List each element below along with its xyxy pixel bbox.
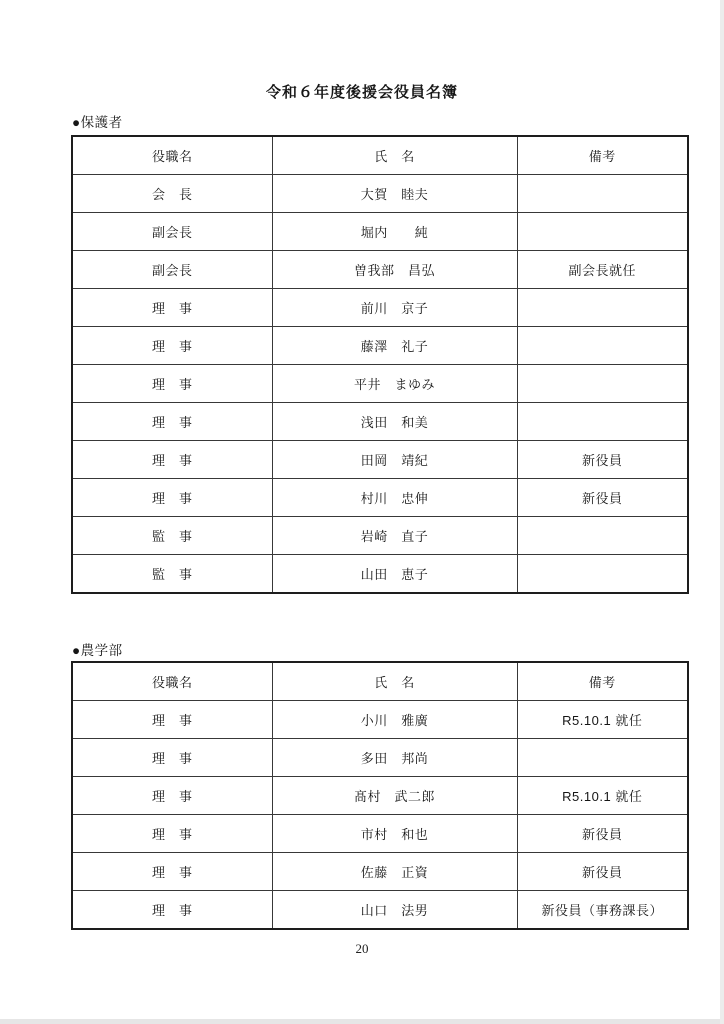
name-cell: 田岡 靖紀 <box>272 441 517 479</box>
remarks-cell <box>517 175 688 213</box>
position-cell: 理 事 <box>72 891 272 930</box>
remarks-cell: 新役員 <box>517 441 688 479</box>
column-header-position: 役職名 <box>72 136 272 175</box>
name-cell: 小川 雅廣 <box>272 701 517 739</box>
name-cell: 多田 邦尚 <box>272 739 517 777</box>
name-cell: 曽我部 昌弘 <box>272 251 517 289</box>
name-cell: 村川 忠伸 <box>272 479 517 517</box>
position-cell: 副会長 <box>72 251 272 289</box>
remarks-cell <box>517 739 688 777</box>
position-cell: 理 事 <box>72 815 272 853</box>
position-cell: 理 事 <box>72 403 272 441</box>
position-cell: 理 事 <box>72 327 272 365</box>
position-cell: 理 事 <box>72 441 272 479</box>
remarks-cell <box>517 555 688 594</box>
table-row: 理 事村川 忠伸新役員 <box>72 479 688 517</box>
position-cell: 会 長 <box>72 175 272 213</box>
table-row: 理 事平井 まゆみ <box>72 365 688 403</box>
position-cell: 理 事 <box>72 365 272 403</box>
remarks-cell: 副会長就任 <box>517 251 688 289</box>
remarks-cell: 新役員（事務課長） <box>517 891 688 930</box>
table-row: 会 長大賀 睦夫 <box>72 175 688 213</box>
name-cell: 堀内 純 <box>272 213 517 251</box>
position-cell: 監 事 <box>72 555 272 594</box>
remarks-cell <box>517 289 688 327</box>
remarks-cell <box>517 213 688 251</box>
position-cell: 監 事 <box>72 517 272 555</box>
position-cell: 理 事 <box>72 739 272 777</box>
name-cell: 平井 まゆみ <box>272 365 517 403</box>
remarks-cell: 新役員 <box>517 815 688 853</box>
remarks-cell <box>517 365 688 403</box>
remarks-cell: R5.10.1 就任 <box>517 701 688 739</box>
remarks-cell <box>517 517 688 555</box>
page-number: 20 <box>0 941 724 957</box>
table-row: 理 事浅田 和美 <box>72 403 688 441</box>
section-heading-guardians: ●保護者 <box>72 111 123 131</box>
table-row: 理 事田岡 靖紀新役員 <box>72 441 688 479</box>
name-cell: 大賀 睦夫 <box>272 175 517 213</box>
name-cell: 市村 和也 <box>272 815 517 853</box>
header-row: 役職名 氏 名 備考 <box>72 662 688 701</box>
table-row: 副会長堀内 純 <box>72 213 688 251</box>
remarks-cell <box>517 327 688 365</box>
column-header-name: 氏 名 <box>272 136 517 175</box>
document-title: 令和６年度後援会役員名簿 <box>0 81 724 102</box>
roster-table-agriculture: 役職名 氏 名 備考 理 事小川 雅廣R5.10.1 就任理 事多田 邦尚理 事… <box>71 661 689 930</box>
column-header-remarks: 備考 <box>517 662 688 701</box>
position-cell: 理 事 <box>72 853 272 891</box>
section-heading-agriculture: ●農学部 <box>72 639 123 659</box>
table-row: 理 事藤澤 礼子 <box>72 327 688 365</box>
name-cell: 岩崎 直子 <box>272 517 517 555</box>
table-row: 理 事前川 京子 <box>72 289 688 327</box>
document-page: 令和６年度後援会役員名簿 ●保護者 役職名 氏 名 備考 会 長大賀 睦夫副会長… <box>0 0 724 1024</box>
name-cell: 前川 京子 <box>272 289 517 327</box>
table-row: 理 事山口 法男新役員（事務課長） <box>72 891 688 930</box>
remarks-cell: 新役員 <box>517 479 688 517</box>
column-header-remarks: 備考 <box>517 136 688 175</box>
table-row: 理 事市村 和也新役員 <box>72 815 688 853</box>
position-cell: 副会長 <box>72 213 272 251</box>
table-row: 監 事岩崎 直子 <box>72 517 688 555</box>
remarks-cell <box>517 403 688 441</box>
name-cell: 佐藤 正資 <box>272 853 517 891</box>
table-row: 副会長曽我部 昌弘副会長就任 <box>72 251 688 289</box>
remarks-cell: R5.10.1 就任 <box>517 777 688 815</box>
position-cell: 理 事 <box>72 777 272 815</box>
header-row: 役職名 氏 名 備考 <box>72 136 688 175</box>
name-cell: 山口 法男 <box>272 891 517 930</box>
name-cell: 藤澤 礼子 <box>272 327 517 365</box>
position-cell: 理 事 <box>72 479 272 517</box>
table-row: 理 事小川 雅廣R5.10.1 就任 <box>72 701 688 739</box>
column-header-position: 役職名 <box>72 662 272 701</box>
column-header-name: 氏 名 <box>272 662 517 701</box>
name-cell: 浅田 和美 <box>272 403 517 441</box>
table-row: 理 事佐藤 正資新役員 <box>72 853 688 891</box>
name-cell: 山田 恵子 <box>272 555 517 594</box>
table-row: 監 事山田 恵子 <box>72 555 688 594</box>
name-cell: 髙村 武二郎 <box>272 777 517 815</box>
table-row: 理 事髙村 武二郎R5.10.1 就任 <box>72 777 688 815</box>
roster-table-guardians: 役職名 氏 名 備考 会 長大賀 睦夫副会長堀内 純副会長曽我部 昌弘副会長就任… <box>71 135 689 594</box>
table-row: 理 事多田 邦尚 <box>72 739 688 777</box>
position-cell: 理 事 <box>72 289 272 327</box>
position-cell: 理 事 <box>72 701 272 739</box>
remarks-cell: 新役員 <box>517 853 688 891</box>
